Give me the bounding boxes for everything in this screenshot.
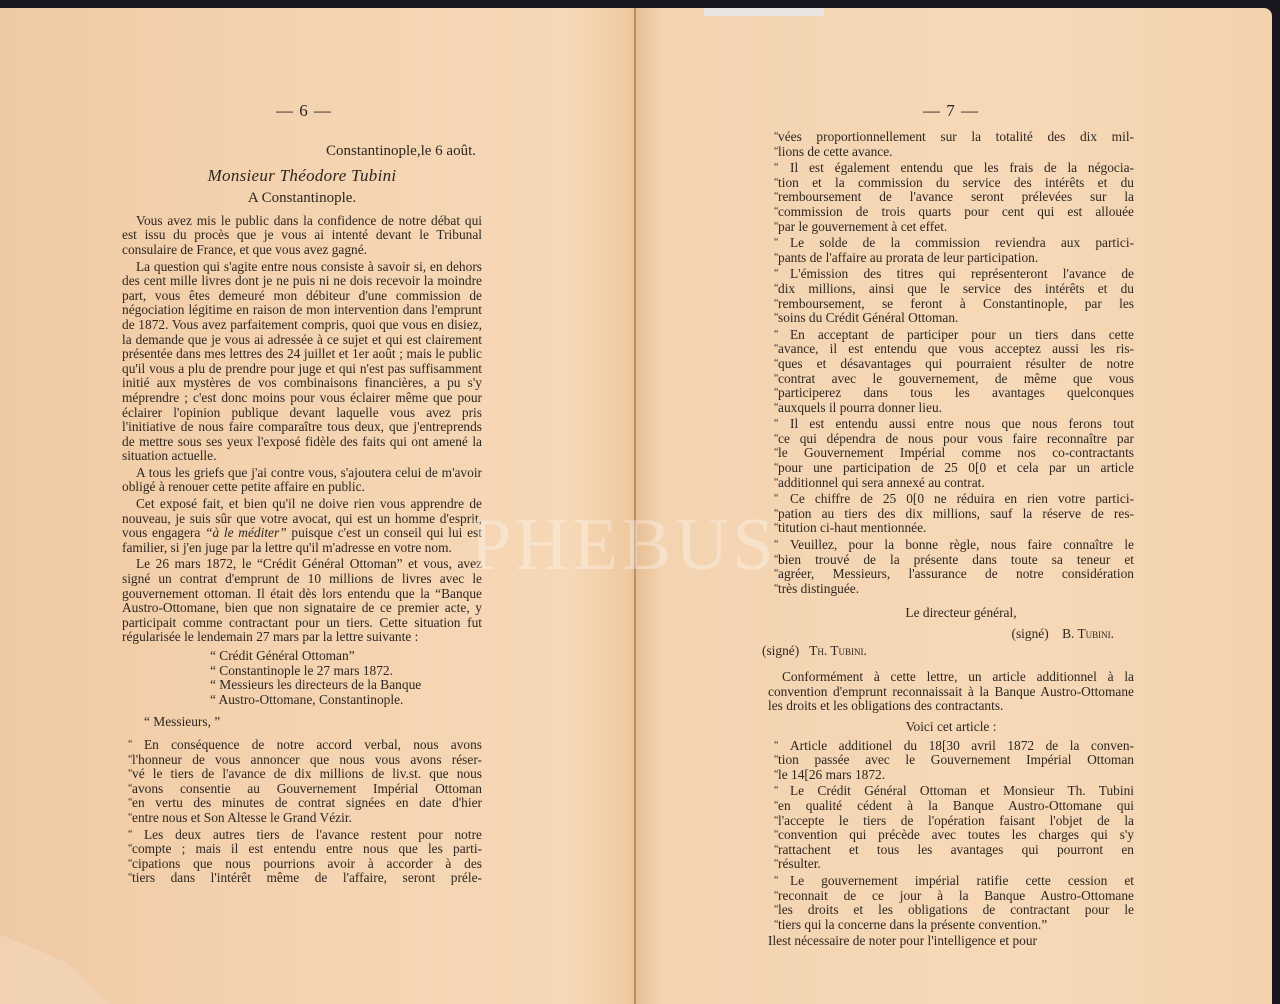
addressee-city: A Constantinople. — [122, 191, 482, 206]
quoted-line: Ce chiffre de 25 0[0 ne réduira en rien … — [778, 492, 1134, 507]
quoted-line: avons consentie au Gouvernement Impérial… — [132, 782, 482, 797]
quoted-line: reconnait de ce jour à la Banque Austro-… — [778, 889, 1134, 904]
quoted-line: pants de l'affaire au prorata de leur pa… — [778, 251, 1134, 266]
quoted-line: cipations que nous pourrions avoir à acc… — [132, 857, 482, 872]
quoted-paragraph: L'émission des titres qui représenteront… — [768, 267, 1134, 325]
quoted-line: remboursement de l'avance seront prélevé… — [778, 190, 1134, 205]
quoted-line: soins du Crédit Général Ottoman. — [778, 311, 1134, 326]
paragraph: Cet exposé fait, et bien qu'il ne doive … — [122, 497, 482, 555]
italic-quote: “à le méditer” — [205, 525, 287, 540]
book-spread: — 6 — Constantinople,le 6 août. Monsieur… — [0, 8, 1272, 1004]
quoted-line: Il est également entendu que les frais d… — [778, 161, 1134, 176]
quoted-line: additionnel qui sera annexé au contrat. — [778, 476, 1134, 491]
right-text-column: vées proportionnellement sur la totalité… — [768, 130, 1134, 951]
quoted-line: L'émission des titres qui représenteront… — [778, 267, 1134, 282]
quoted-line: contrat avec le gouvernement, de même qu… — [778, 372, 1134, 387]
quoted-line: vées proportionnellement sur la totalité… — [778, 130, 1134, 145]
signed-label: (signé) — [762, 643, 799, 658]
quoted-paragraph: Il est entendu aussi entre nous que nous… — [768, 417, 1134, 490]
heading-line: “ Messieurs les directeurs de la Banque — [210, 678, 482, 693]
quoted-line: agréer, Messieurs, l'assurance de notre … — [778, 567, 1134, 582]
quoted-line: entre nous et Son Altesse le Grand Vézir… — [132, 811, 482, 826]
quoted-line: Le Crédit Général Ottoman et Monsieur Th… — [778, 784, 1134, 799]
quoted-paragraph: En conséquence de notre accord verbal, n… — [122, 738, 482, 826]
quoted-line: l'accepte le tiers de l'opération faisan… — [778, 814, 1134, 829]
quoted-line: titution ci-haut mentionnée. — [778, 521, 1134, 536]
quoted-paragraph: Le Crédit Général Ottoman et Monsieur Th… — [768, 784, 1134, 872]
closing-line: Ilest nécessaire de noter pour l'intelli… — [768, 934, 1134, 949]
quoted-line: par le gouvernement à cet effet. — [778, 220, 1134, 235]
heading-line: “ Crédit Général Ottoman” — [210, 649, 482, 664]
quoted-paragraph: En acceptant de participer pour un tiers… — [768, 328, 1134, 416]
quoted-paragraph: Il est également entendu que les frais d… — [768, 161, 1134, 234]
quoted-line: tion et la commission du service des int… — [778, 176, 1134, 191]
quoted-line: tion passée avec le Gouvernement Impéria… — [778, 753, 1134, 768]
quoted-line: Le gouvernement impérial ratifie cette c… — [778, 874, 1134, 889]
signed-label: (signé) — [1012, 626, 1049, 641]
paragraph: La question qui s'agite entre nous consi… — [122, 260, 482, 464]
quoted-line: Article additionel du 18[30 avril 1872 d… — [778, 739, 1134, 754]
quoted-line: le 14[26 mars 1872. — [778, 768, 1134, 783]
quoted-line: l'honneur de vous annoncer que nous vous… — [132, 753, 482, 768]
quoted-paragraph: Ce chiffre de 25 0[0 ne réduira en rien … — [768, 492, 1134, 536]
quoted-line: résulter. — [778, 857, 1134, 872]
page-number: — 6 — — [276, 101, 332, 121]
quoted-line: participerez dans tous les avantages que… — [778, 386, 1134, 401]
quoted-line: le Gouvernement Impérial comme nos co-co… — [778, 446, 1134, 461]
quoted-line: lions de cette avance. — [778, 145, 1134, 160]
signer-name: Th. Tubini. — [809, 643, 867, 658]
left-page: — 6 — Constantinople,le 6 août. Monsieur… — [0, 8, 634, 1004]
quoted-line: compte ; mais il est entendu entre nous … — [132, 842, 482, 857]
quoted-paragraph: Le gouvernement impérial ratifie cette c… — [768, 874, 1134, 932]
quoted-line: En conséquence de notre accord verbal, n… — [132, 738, 482, 753]
heading-line: “ Constantinople le 27 mars 1872. — [210, 664, 482, 679]
signature-b-tubini: (signé) B. Tubini. — [768, 627, 1134, 642]
heading-line: “ Austro-Ottomane, Constantinople. — [210, 693, 482, 708]
quoted-line: Le solde de la commission reviendra aux … — [778, 236, 1134, 251]
quoted-paragraph: Les deux autres tiers de l'avance resten… — [122, 828, 482, 886]
quoted-line: Il est entendu aussi entre nous que nous… — [778, 417, 1134, 432]
paragraph: Le 26 mars 1872, le “Crédit Général Otto… — [122, 557, 482, 645]
quoted-line: tiers qui la concerne dans la présente c… — [778, 918, 1134, 933]
quoted-line: en qualité cédent à la Banque Austro-Ott… — [778, 799, 1134, 814]
quoted-line: avance, il est entendu que vous acceptez… — [778, 342, 1134, 357]
left-text-column: Constantinople,le 6 août. Monsieur Théod… — [122, 140, 482, 888]
quoted-line: convention qui précède avec toutes les c… — [778, 828, 1134, 843]
section-intro: Voici cet article : — [768, 720, 1134, 735]
page-number: — 7 — — [923, 101, 979, 121]
place-date: Constantinople,le 6 août. — [122, 144, 482, 159]
quoted-line: Veuillez, pour la bonne règle, nous fair… — [778, 538, 1134, 553]
paragraph: A tous les griefs que j'ai contre vous, … — [122, 466, 482, 495]
addressee: Monsieur Théodore Tubini — [122, 169, 482, 184]
salutation: “ Messieurs, ” — [144, 715, 482, 730]
quoted-line: pation au tiers des dix millions, sauf l… — [778, 507, 1134, 522]
quoted-paragraph: vées proportionnellement sur la totalité… — [768, 130, 1134, 159]
signer-name: B. Tubini. — [1062, 626, 1114, 641]
quoted-line: pour une participation de 25 0[0 et cela… — [778, 461, 1134, 476]
quoted-line: En acceptant de participer pour un tiers… — [778, 328, 1134, 343]
quoted-line: très distinguée. — [778, 582, 1134, 597]
quoted-line: rattachent et tous les avantages qui pou… — [778, 843, 1134, 858]
quoted-paragraph: Veuillez, pour la bonne règle, nous fair… — [768, 538, 1134, 596]
quoted-line: en vertu des minutes de contrat signées … — [132, 796, 482, 811]
quoted-paragraph: Article additionel du 18[30 avril 1872 d… — [768, 739, 1134, 783]
paragraph: Conformément à cette lettre, un article … — [768, 670, 1134, 714]
paragraph: Vous avez mis le public dans la confiden… — [122, 214, 482, 258]
quoted-line: vé le tiers de l'avance de dix millions … — [132, 767, 482, 782]
signature-th-tubini: (signé) Th. Tubini. — [762, 644, 1134, 659]
quoted-line: remboursement, se feront à Constantinopl… — [778, 297, 1134, 312]
signature-title: Le directeur général, — [768, 606, 1134, 621]
quoted-line: commission de trois quarts pour cent qui… — [778, 205, 1134, 220]
quoted-line: ce qui dépendra de nous pour vous faire … — [778, 432, 1134, 447]
quoted-paragraph: Le solde de la commission reviendra aux … — [768, 236, 1134, 265]
right-page: — 7 — vées proportionnellement sur la to… — [636, 8, 1272, 1004]
quoted-line: les droits et les obligations de contrac… — [778, 903, 1134, 918]
quoted-line: Les deux autres tiers de l'avance resten… — [132, 828, 482, 843]
quoted-line: auxquels il pourra donner lieu. — [778, 401, 1134, 416]
quoted-line: ques et désavantages qui pourraient résu… — [778, 357, 1134, 372]
quoted-line: tiers dans l'intérêt même de l'affaire, … — [132, 871, 482, 886]
quoted-line: bien trouvé de la présente dans toute sa… — [778, 553, 1134, 568]
letter-heading: “ Crédit Général Ottoman” “ Constantinop… — [210, 649, 482, 707]
quoted-line: dix millions, ainsi que le service des i… — [778, 282, 1134, 297]
